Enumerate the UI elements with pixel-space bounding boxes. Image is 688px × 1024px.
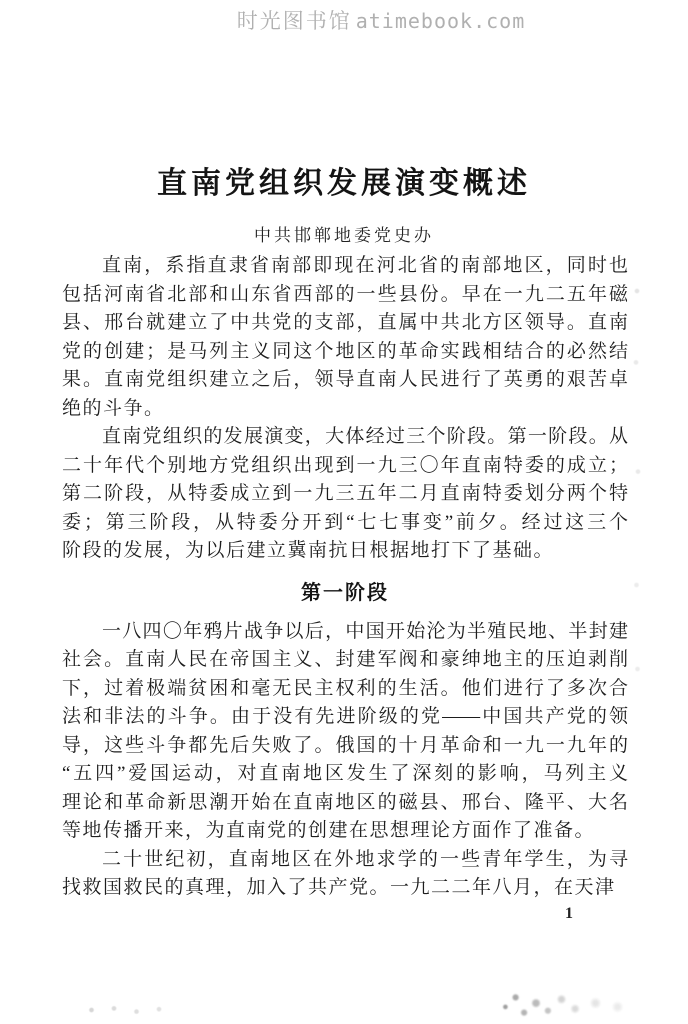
text-line: 一八四〇年鸦片战争以后，中国开始沦为半殖民地、半封建 <box>62 618 628 647</box>
text-line: 绝的斗争。 <box>62 395 628 424</box>
site-name: 时光图书馆 <box>237 10 352 33</box>
byline: 中共邯郸地委党史办 <box>0 221 688 246</box>
text-line: 直南党组织的发展演变，大体经过三个阶段。第一阶段。从 <box>62 423 628 452</box>
page-title: 直南党组织发展演变概述 <box>0 158 688 202</box>
text-line: 包括河南省北部和山东省西部的一些县份。早在一九二五年磁 <box>62 281 628 310</box>
text-line: 找救国救民的真理，加入了共产党。一九二二年八月，在天津 <box>62 874 628 903</box>
text-line: 导，这些斗争都先后失败了。俄国的十月革命和一九一九年的 <box>62 732 628 761</box>
watermark-banner: 时光图书馆 atimebook.com <box>0 5 688 35</box>
text-line: “五四”爱国运动，对直南地区发生了深刻的影响，马列主义 <box>62 760 628 789</box>
page-number: 1 <box>565 905 573 923</box>
text-line: 等地传播开来，为直南党的创建在思想理论方面作了准备。 <box>62 817 628 846</box>
article-body: 直南，系指直隶省南部即现在河北省的南部地区，同时也 包括河南省北部和山东省西部的… <box>62 252 628 903</box>
text-line: 下，过着极端贫困和毫无民主权利的生活。他们进行了多次合 <box>62 675 628 704</box>
text-line: 社会。直南人民在帝国主义、封建军阀和豪绅地主的压迫剥削 <box>62 646 628 675</box>
site-url: atimebook.com <box>356 9 526 33</box>
scan-smudge <box>78 1002 168 1018</box>
text-line: 第二阶段，从特委成立到一九三五年二月直南特委划分两个特 <box>62 480 628 509</box>
scan-smudge <box>468 986 638 1024</box>
text-line: 县、邢台就建立了中共党的支部，直属中共北方区领导。直南 <box>62 309 628 338</box>
text-line: 理论和革命新思潮开始在直南地区的磁县、邢台、隆平、大名 <box>62 789 628 818</box>
section-heading: 第一阶段 <box>62 579 628 607</box>
text-line: 二十世纪初，直南地区在外地求学的一些青年学生，为寻 <box>62 846 628 875</box>
text-line: 二十年代个别地方党组织出现到一九三〇年直南特委的成立； <box>62 452 628 481</box>
text-line: 党的创建；是马列主义同这个地区的革命实践相结合的必然结 <box>62 338 628 367</box>
text-line: 委；第三阶段，从特委分开到“七七事变”前夕。经过这三个 <box>62 509 628 538</box>
text-line: 法和非法的斗争。由于没有先进阶级的党——中国共产党的领 <box>62 703 628 732</box>
text-line: 阶段的发展，为以后建立冀南抗日根据地打下了基础。 <box>62 537 628 566</box>
text-line: 果。直南党组织建立之后，领导直南人民进行了英勇的艰苦卓 <box>62 366 628 395</box>
text-line: 直南，系指直隶省南部即现在河北省的南部地区，同时也 <box>62 252 628 281</box>
scan-edge-noise <box>632 270 642 690</box>
